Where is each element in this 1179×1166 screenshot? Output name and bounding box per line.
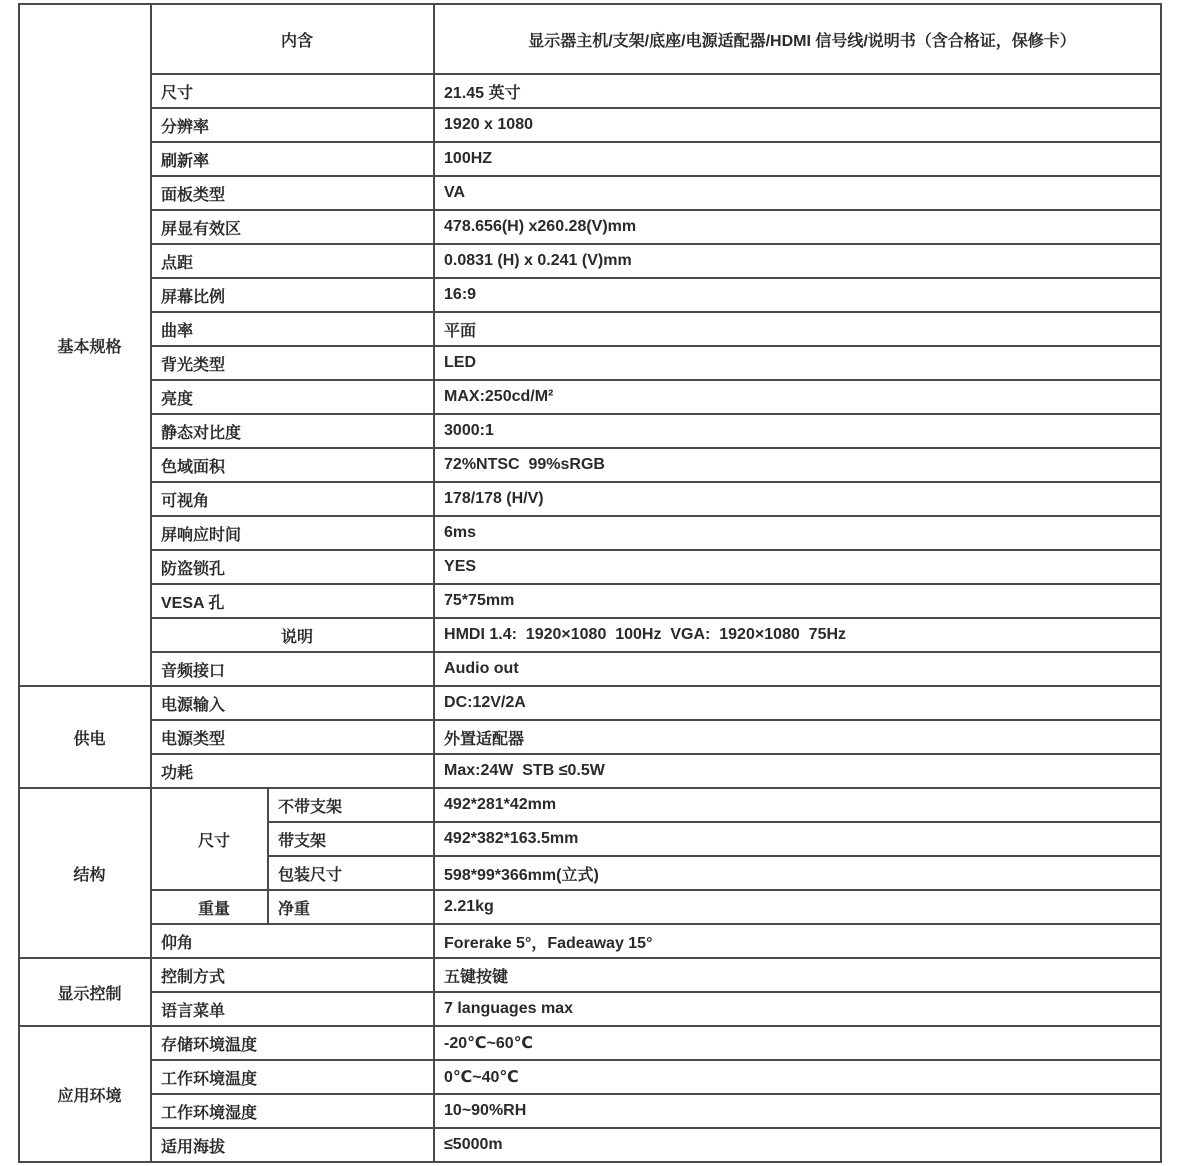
value-cell: VA [434,176,1161,210]
spec-row: 适用海拔≤5000m [19,1128,1161,1162]
value-cell: 492*281*42mm [434,788,1161,822]
value-cell: 10~90%RH [434,1094,1161,1128]
item-label-cell: 语言菜单 [151,992,434,1026]
category-cell: 供电 [19,686,151,788]
item-label-cell: 防盗锁孔 [151,550,434,584]
value-cell: Forerake 5°，Fadeaway 15° [434,924,1161,958]
item-label-cell: 音频接口 [151,652,434,686]
value-cell: LED [434,346,1161,380]
value-cell: 598*99*366mm(立式) [434,856,1161,890]
spec-row: 音频接口Audio out [19,652,1161,686]
spec-row: 可视角178/178 (H/V) [19,482,1161,516]
item-label-cell: 尺寸 [151,74,434,108]
item-label-cell: 工作环境湿度 [151,1094,434,1128]
value-cell: HMDI 1.4: 1920×1080 100Hz VGA: 1920×1080… [434,618,1161,652]
item-label-cell: 屏显有效区 [151,210,434,244]
value-cell: 2.21kg [434,890,1161,924]
spec-row: 尺寸21.45 英寸 [19,74,1161,108]
item-sub-label-cell: 包装尺寸 [268,856,434,890]
item-label-cell: 存储环境温度 [151,1026,434,1060]
item-group-cell: 尺寸 [151,788,268,890]
value-cell: 0℃~40℃ [434,1060,1161,1094]
spec-row: 静态对比度3000:1 [19,414,1161,448]
spec-row: 供电电源输入DC:12V/2A [19,686,1161,720]
spec-row: 电源类型外置适配器 [19,720,1161,754]
category-cell: 显示控制 [19,958,151,1026]
category-cell: 应用环境 [19,1026,151,1162]
item-label-cell: 控制方式 [151,958,434,992]
value-cell: 7 languages max [434,992,1161,1026]
item-sub-label-cell: 净重 [268,890,434,924]
value-cell: Audio out [434,652,1161,686]
item-label-cell: 静态对比度 [151,414,434,448]
spec-row: 亮度MAX:250cd/M² [19,380,1161,414]
item-label-cell: 内含 [151,4,434,74]
spec-row: VESA 孔75*75mm [19,584,1161,618]
value-cell: 五键按键 [434,958,1161,992]
value-cell: 178/178 (H/V) [434,482,1161,516]
value-cell: 21.45 英寸 [434,74,1161,108]
spec-row: 重量净重2.21kg [19,890,1161,924]
item-label-cell: 曲率 [151,312,434,346]
spec-row: 分辨率1920 x 1080 [19,108,1161,142]
value-cell: 1920 x 1080 [434,108,1161,142]
value-cell: MAX:250cd/M² [434,380,1161,414]
spec-row: 屏幕比例16:9 [19,278,1161,312]
spec-row: 仰角Forerake 5°，Fadeaway 15° [19,924,1161,958]
spec-row: 背光类型LED [19,346,1161,380]
category-cell: 基本规格 [19,4,151,686]
value-cell: 6ms [434,516,1161,550]
monitor-spec-table: 基本规格内含显示器主机/支架/底座/电源适配器/HDMI 信号线/说明书（含合格… [18,3,1162,1163]
value-cell: 3000:1 [434,414,1161,448]
spec-row: 功耗Max:24W STB ≤0.5W [19,754,1161,788]
item-label-cell: 分辨率 [151,108,434,142]
spec-row: 点距0.0831 (H) x 0.241 (V)mm [19,244,1161,278]
spec-row: 显示控制控制方式五键按键 [19,958,1161,992]
value-cell: 100HZ [434,142,1161,176]
value-cell: 492*382*163.5mm [434,822,1161,856]
item-sub-label-cell: 带支架 [268,822,434,856]
item-label-cell: 亮度 [151,380,434,414]
item-label-cell: 电源输入 [151,686,434,720]
item-label-cell: VESA 孔 [151,584,434,618]
item-label-cell: 色域面积 [151,448,434,482]
item-label-cell: 可视角 [151,482,434,516]
item-label-cell: 功耗 [151,754,434,788]
item-label-cell: 工作环境温度 [151,1060,434,1094]
value-cell: 外置适配器 [434,720,1161,754]
spec-row: 工作环境温度0℃~40℃ [19,1060,1161,1094]
value-cell: -20℃~60℃ [434,1026,1161,1060]
spec-row: 结构尺寸不带支架492*281*42mm [19,788,1161,822]
spec-row: 屏响应时间6ms [19,516,1161,550]
item-label-cell: 说明 [151,618,434,652]
item-label-cell: 面板类型 [151,176,434,210]
spec-row: 语言菜单7 languages max [19,992,1161,1026]
value-cell: ≤5000m [434,1128,1161,1162]
spec-row: 面板类型VA [19,176,1161,210]
spec-row: 色域面积72%NTSC 99%sRGB [19,448,1161,482]
item-label-cell: 仰角 [151,924,434,958]
value-cell: 16:9 [434,278,1161,312]
spec-row: 防盗锁孔YES [19,550,1161,584]
spec-row: 说明HMDI 1.4: 1920×1080 100Hz VGA: 1920×10… [19,618,1161,652]
value-cell: 72%NTSC 99%sRGB [434,448,1161,482]
value-cell: 0.0831 (H) x 0.241 (V)mm [434,244,1161,278]
item-label-cell: 屏响应时间 [151,516,434,550]
spec-row: 刷新率100HZ [19,142,1161,176]
value-cell: 75*75mm [434,584,1161,618]
value-cell: YES [434,550,1161,584]
spec-row: 屏显有效区478.656(H) x260.28(V)mm [19,210,1161,244]
spec-row: 基本规格内含显示器主机/支架/底座/电源适配器/HDMI 信号线/说明书（含合格… [19,4,1161,74]
spec-row: 曲率平面 [19,312,1161,346]
item-label-cell: 屏幕比例 [151,278,434,312]
value-cell: 显示器主机/支架/底座/电源适配器/HDMI 信号线/说明书（含合格证，保修卡） [434,4,1161,74]
value-cell: 平面 [434,312,1161,346]
item-label-cell: 适用海拔 [151,1128,434,1162]
spec-row: 工作环境湿度10~90%RH [19,1094,1161,1128]
value-cell: DC:12V/2A [434,686,1161,720]
item-label-cell: 刷新率 [151,142,434,176]
item-label-cell: 背光类型 [151,346,434,380]
value-cell: 478.656(H) x260.28(V)mm [434,210,1161,244]
item-group-cell: 重量 [151,890,268,924]
category-cell: 结构 [19,788,151,958]
value-cell: Max:24W STB ≤0.5W [434,754,1161,788]
spec-row: 应用环境存储环境温度-20℃~60℃ [19,1026,1161,1060]
item-sub-label-cell: 不带支架 [268,788,434,822]
item-label-cell: 电源类型 [151,720,434,754]
item-label-cell: 点距 [151,244,434,278]
